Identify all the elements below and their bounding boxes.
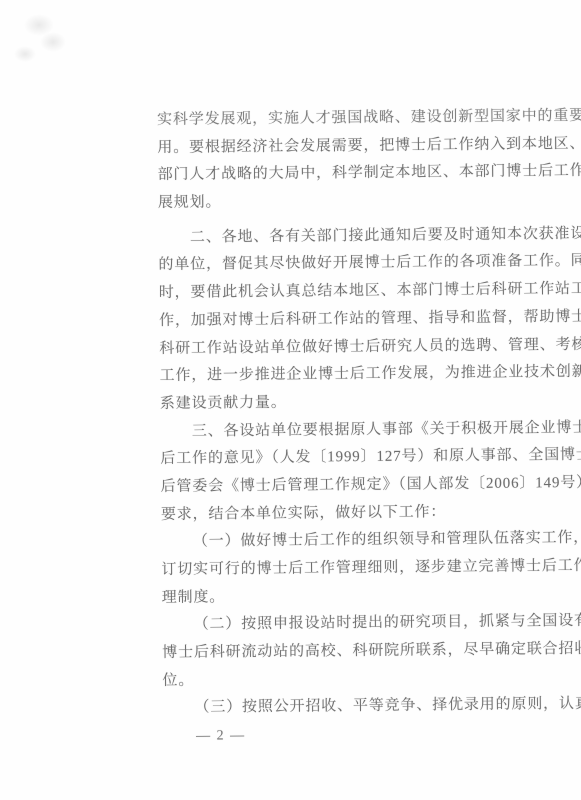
text-line: 工作，进一步推进企业博士后工作发展，为推进企业技术创新体 bbox=[159, 359, 581, 391]
text-line: 系建设贡献力量。 bbox=[160, 387, 581, 419]
text-line: 展规划。 bbox=[158, 186, 581, 218]
text-line: 博士后科研流动站的高校、科研院所联系，尽早确定联合招收单 bbox=[162, 636, 581, 668]
text-line: 实科学发展观，实施人才强国战略、建设创新型国家中的重要 bbox=[157, 103, 581, 135]
text-line: 作，加强对博士后科研工作站的管理、指导和监督，帮助博士后 bbox=[159, 304, 581, 336]
text-line: 后管委会《博士后管理工作规定》（国人部发〔2006〕149号） bbox=[161, 470, 581, 502]
text-line-paragraph-start: 二、各地、各有关部门接此通知后要及时通知本次获准设站 bbox=[158, 220, 581, 252]
text-line: 要求，结合本单位实际，做好以下工作： bbox=[161, 497, 581, 529]
text-line: 位。 bbox=[162, 663, 581, 695]
text-line: 部门人才战略的大局中，科学制定本地区、本部门博士后工作发 bbox=[158, 158, 581, 190]
text-line-paragraph-start: 三、各设站单位要根据原人事部《关于积极开展企业博士 bbox=[160, 414, 581, 446]
document-body-text: 实科学发展观，实施人才强国战略、建设创新型国家中的重要 用。要根据经济社会发展需… bbox=[157, 103, 581, 751]
text-line-paragraph-start: （三）按照公开招收、平等竞争、择优录用的原则，认真 bbox=[163, 691, 581, 723]
scan-smudge bbox=[24, 14, 54, 36]
scan-smudge bbox=[14, 46, 36, 62]
text-line: 后工作的意见》（人发〔1999〕127号）和原人事部、全国博士 bbox=[160, 442, 581, 474]
text-line: 时，要借此机会认真总结本地区、本部门博士后科研工作站工 bbox=[159, 276, 581, 308]
text-line: 理制度。 bbox=[162, 580, 581, 612]
text-line-paragraph-start: （二）按照申报设站时提出的研究项目，抓紧与全国设有 bbox=[162, 608, 581, 640]
text-line: 的单位，督促其尽快做好开展博士后工作的各项准备工作。同 bbox=[158, 248, 581, 280]
text-line: 用。要根据经济社会发展需要，把博士后工作纳入到本地区、 bbox=[157, 130, 581, 162]
page-number: — 2 — bbox=[163, 719, 581, 751]
scan-smudge bbox=[40, 32, 66, 52]
text-line: 科研工作站设站单位做好博士后研究人员的选聘、管理、考核 bbox=[159, 331, 581, 363]
scanned-page-root: { "page": { "kind": "scanned-official-no… bbox=[0, 0, 581, 800]
text-line: 订切实可行的博士后工作管理细则，逐步建立完善博士后工作管 bbox=[161, 553, 581, 585]
text-line-paragraph-start: （一）做好博士后工作的组织领导和管理队伍落实工作，制 bbox=[161, 525, 581, 557]
document-page: 实科学发展观，实施人才强国战略、建设创新型国家中的重要 用。要根据经济社会发展需… bbox=[0, 0, 581, 800]
